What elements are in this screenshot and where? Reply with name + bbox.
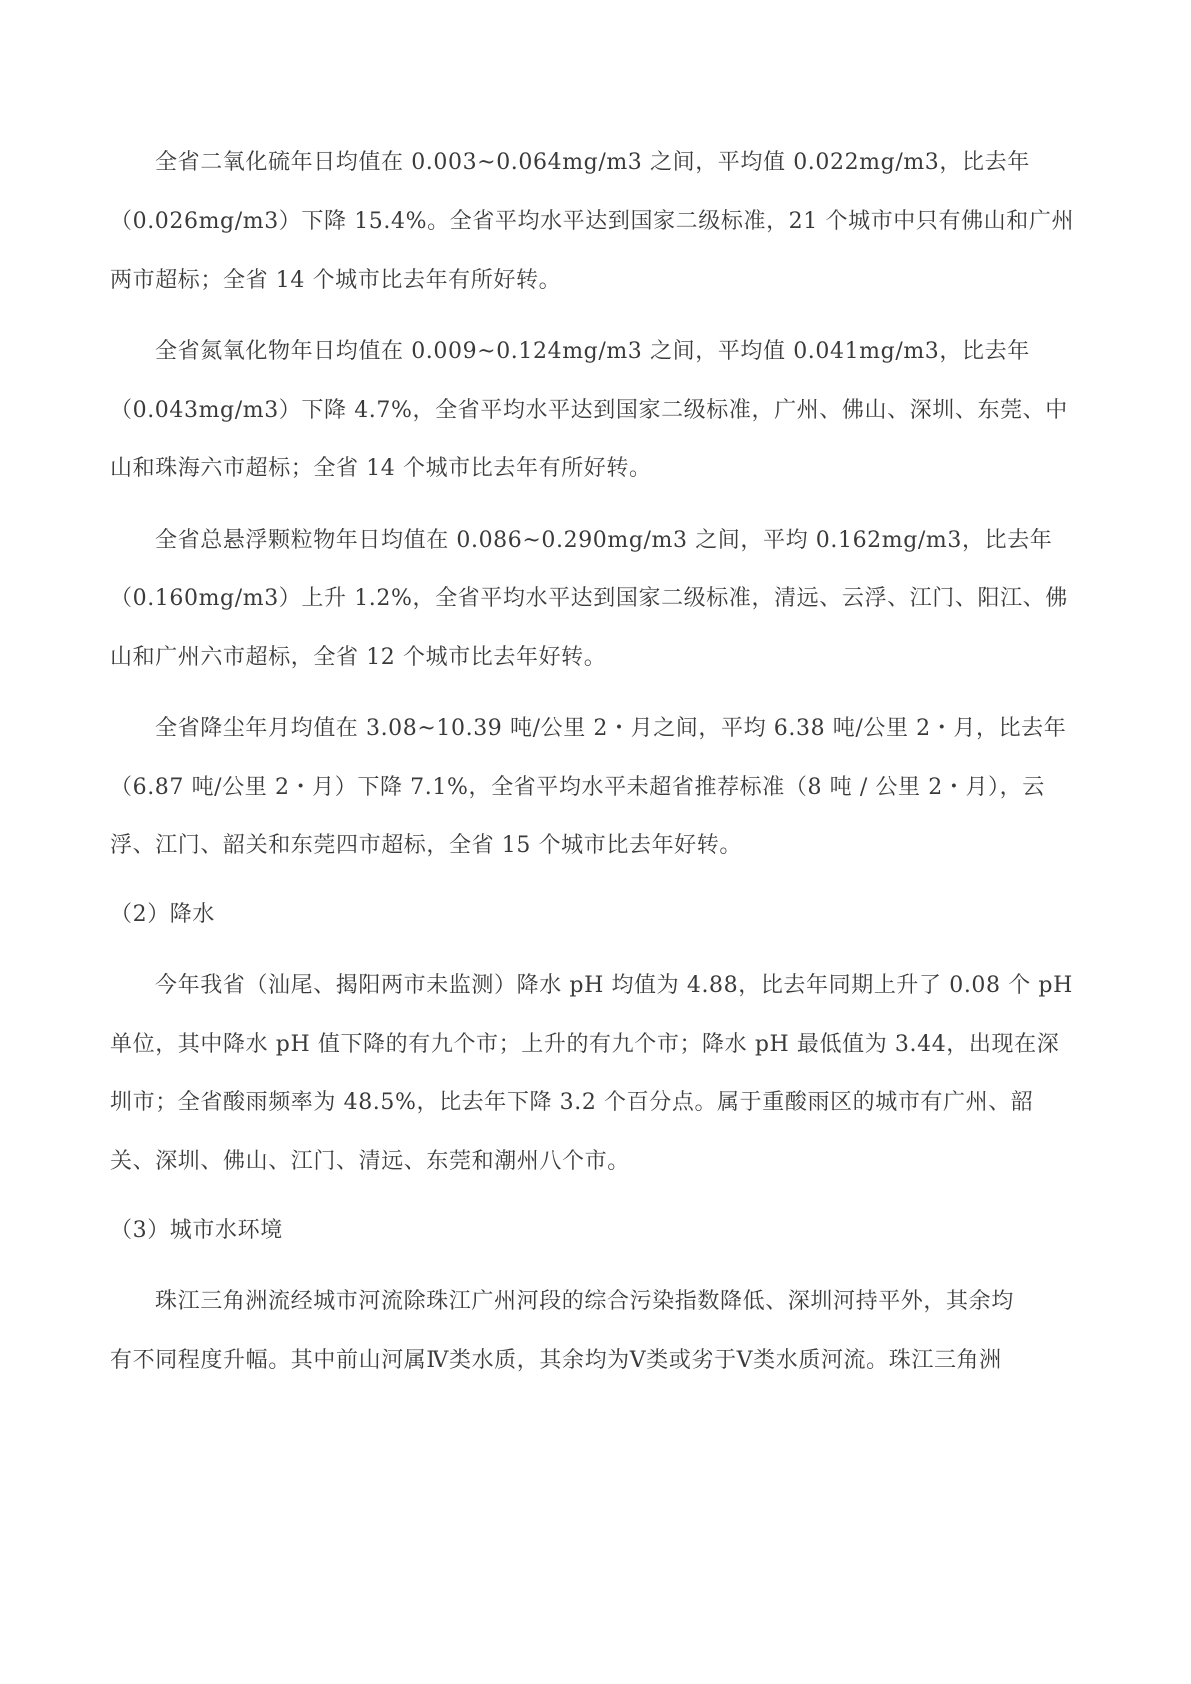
paragraph-precipitation-line-3: 圳市；全省酸雨频率为 48.5%，比去年下降 3.2 个百分点。属于重酸雨区的城… xyxy=(110,1088,1033,1118)
paragraph-urban-water-line-1: 珠江三角洲流经城市河流除珠江广州河段的综合污染指数降低、深圳河持平外，其余均 xyxy=(155,1287,1014,1317)
paragraph-dustfall-line-1: 全省降尘年月均值在 3.08~10.39 吨/公里 2・月之间，平均 6.38 … xyxy=(155,714,1066,744)
document-page: 全省二氧化硫年日均值在 0.003~0.064mg/m3 之间，平均值 0.02… xyxy=(0,0,1191,1684)
paragraph-nox-line-2: （0.043mg/m3）下降 4.7%，全省平均水平达到国家二级标准，广州、佛山… xyxy=(110,396,1068,426)
paragraph-so2-line-3: 两市超标；全省 14 个城市比去年有所好转。 xyxy=(110,266,561,296)
paragraph-precipitation-line-1: 今年我省（汕尾、揭阳两市未监测）降水 pH 均值为 4.88，比去年同期上升了 … xyxy=(155,971,1073,1001)
paragraph-so2-line-1: 全省二氧化硫年日均值在 0.003~0.064mg/m3 之间，平均值 0.02… xyxy=(155,148,1030,178)
paragraph-nox-line-3: 山和珠海六市超标；全省 14 个城市比去年有所好转。 xyxy=(110,454,652,484)
paragraph-urban-water-line-2: 有不同程度升幅。其中前山河属Ⅳ类水质，其余均为Ⅴ类或劣于Ⅴ类水质河流。珠江三角洲 xyxy=(110,1346,1002,1376)
paragraph-precipitation-line-4: 关、深圳、佛山、江门、清远、东莞和潮州八个市。 xyxy=(110,1147,630,1177)
paragraph-so2-line-2: （0.026mg/m3）下降 15.4%。全省平均水平达到国家二级标准，21 个… xyxy=(110,207,1074,237)
paragraph-tsp-line-3: 山和广州六市超标，全省 12 个城市比去年好转。 xyxy=(110,643,606,673)
section-heading-urban-water: （3）城市水环境 xyxy=(110,1216,283,1246)
paragraph-nox-line-1: 全省氮氧化物年日均值在 0.009~0.124mg/m3 之间，平均值 0.04… xyxy=(155,337,1030,367)
paragraph-tsp-line-2: （0.160mg/m3）上升 1.2%，全省平均水平达到国家二级标准，清远、云浮… xyxy=(110,584,1068,614)
paragraph-tsp-line-1: 全省总悬浮颗粒物年日均值在 0.086~0.290mg/m3 之间，平均 0.1… xyxy=(155,526,1052,556)
paragraph-precipitation-line-2: 单位，其中降水 pH 值下降的有九个市；上升的有九个市；降水 pH 最低值为 3… xyxy=(110,1030,1059,1060)
paragraph-dustfall-line-2: （6.87 吨/公里 2・月）下降 7.1%，全省平均水平未超省推荐标准（8 吨… xyxy=(110,773,1045,803)
paragraph-dustfall-line-3: 浮、江门、韶关和东莞四市超标，全省 15 个城市比去年好转。 xyxy=(110,831,742,861)
section-heading-precipitation: （2）降水 xyxy=(110,900,215,930)
